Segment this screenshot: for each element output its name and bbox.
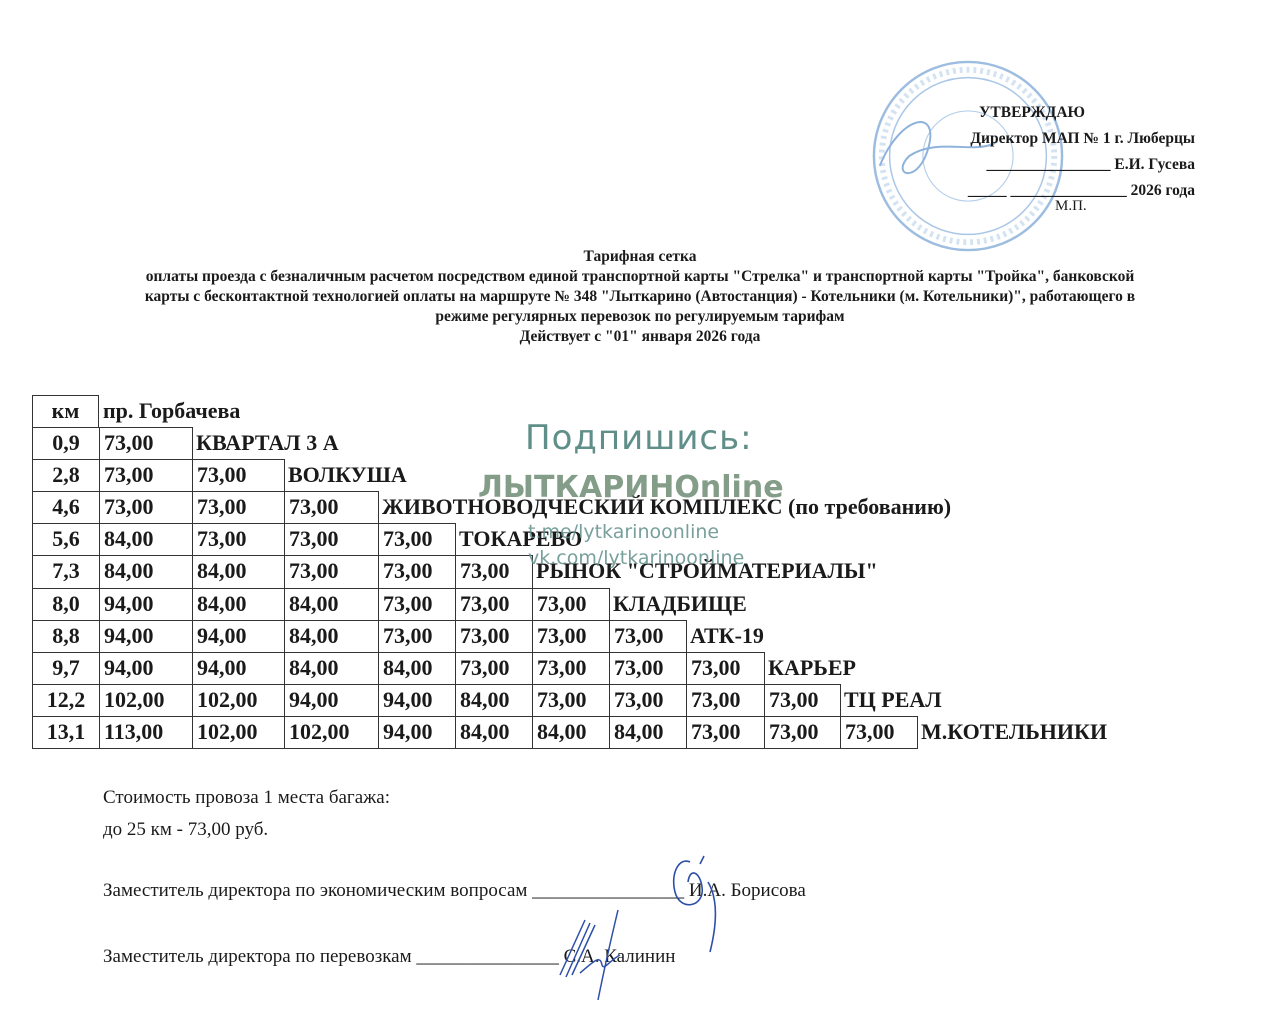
fare-cell: 113,00 xyxy=(99,716,193,749)
signer-1-title: Заместитель директора по экономическим в… xyxy=(103,880,527,901)
watermark-vk-link[interactable]: vk.com/lytkarinoonline xyxy=(528,547,744,569)
fare-cell: 94,00 xyxy=(192,620,285,653)
signer-2-blank: _______________ xyxy=(416,946,559,967)
fare-cell: 73,00 xyxy=(686,716,765,749)
title-line-4: режиме регулярных перевозок по регулируе… xyxy=(0,307,1280,327)
stop-label: АТК-19 xyxy=(686,621,764,651)
title-line-1: Тарифная сетка xyxy=(0,247,1280,267)
stop-label: КЛАДБИЩЕ xyxy=(609,589,747,619)
fare-cell: 73,00 xyxy=(532,652,610,685)
km-cell: 2,8 xyxy=(32,459,100,492)
stop-label: КВАРТАЛ 3 А xyxy=(192,428,339,458)
fare-cell: 73,00 xyxy=(840,716,918,749)
km-header: км xyxy=(32,395,99,428)
fare-cell: 73,00 xyxy=(532,684,610,717)
km-cell: 8,8 xyxy=(32,620,100,653)
km-cell: 4,6 xyxy=(32,491,100,524)
fare-cell: 73,00 xyxy=(192,491,285,524)
fare-cell: 73,00 xyxy=(764,716,841,749)
fare-cell: 73,00 xyxy=(609,652,687,685)
km-cell: 9,7 xyxy=(32,652,100,685)
fare-cell: 84,00 xyxy=(284,652,379,685)
fare-cell: 73,00 xyxy=(99,427,193,460)
fare-cell: 84,00 xyxy=(378,652,456,685)
fare-cell: 73,00 xyxy=(609,684,687,717)
fare-cell: 84,00 xyxy=(284,620,379,653)
fare-cell: 102,00 xyxy=(284,716,379,749)
approval-heading: УТВЕРЖДАЮ xyxy=(968,100,1195,126)
fare-cell: 73,00 xyxy=(378,588,456,621)
title-line-5: Действует с "01" января 2026 года xyxy=(0,327,1280,347)
km-cell: 13,1 xyxy=(32,716,100,749)
baggage-line-2: до 25 км - 73,00 руб. xyxy=(103,819,268,841)
watermark-brand: ЛЫТКАРИНОnline xyxy=(478,470,784,505)
fare-cell: 94,00 xyxy=(378,684,456,717)
fare-cell: 73,00 xyxy=(532,588,610,621)
fare-cell: 73,00 xyxy=(284,555,379,589)
km-cell: 12,2 xyxy=(32,684,100,717)
fare-cell: 84,00 xyxy=(532,716,610,749)
title-line-3: карты с бесконтактной технологией оплаты… xyxy=(0,287,1280,307)
fare-cell: 73,00 xyxy=(532,620,610,653)
km-cell: 5,6 xyxy=(32,523,100,556)
stop-label: КАРЬЕР xyxy=(764,653,856,683)
fare-cell: 84,00 xyxy=(99,555,193,589)
title-line-2: оплаты проезда с безналичным расчетом по… xyxy=(0,267,1280,287)
fare-cell: 84,00 xyxy=(192,555,285,589)
fare-cell: 73,00 xyxy=(686,652,765,685)
km-cell: 7,3 xyxy=(32,555,100,589)
fare-cell: 73,00 xyxy=(99,459,193,492)
fare-cell: 73,00 xyxy=(686,684,765,717)
fare-cell: 84,00 xyxy=(99,523,193,556)
fare-cell: 84,00 xyxy=(609,716,687,749)
fare-cell: 73,00 xyxy=(455,652,533,685)
fare-cell: 84,00 xyxy=(284,588,379,621)
fare-cell: 73,00 xyxy=(99,491,193,524)
approval-block: УТВЕРЖДАЮ Директор МАП № 1 г. Люберцы __… xyxy=(968,100,1195,204)
fare-cell: 73,00 xyxy=(192,523,285,556)
approval-position: Директор МАП № 1 г. Люберцы xyxy=(968,126,1195,152)
signature-kalinin-icon xyxy=(540,905,650,1005)
fare-cell: 73,00 xyxy=(378,620,456,653)
fare-cell: 94,00 xyxy=(192,652,285,685)
fare-cell: 94,00 xyxy=(99,588,193,621)
fare-cell: 73,00 xyxy=(455,588,533,621)
fare-cell: 94,00 xyxy=(284,684,379,717)
fare-cell: 102,00 xyxy=(99,684,193,717)
fare-cell: 73,00 xyxy=(455,620,533,653)
fare-cell: 94,00 xyxy=(99,652,193,685)
watermark-telegram-link[interactable]: t.me/lytkarinoonline xyxy=(528,521,719,543)
fare-cell: 73,00 xyxy=(284,491,379,524)
seal-label: М.П. xyxy=(1055,198,1087,215)
watermark-subscribe: Подпишись: xyxy=(525,418,753,458)
fare-cell: 73,00 xyxy=(192,459,285,492)
fare-cell: 73,00 xyxy=(609,620,687,653)
baggage-line-1: Стоимость провоза 1 места багажа: xyxy=(103,787,390,809)
document-title: Тарифная сетка оплаты проезда с безналич… xyxy=(0,247,1280,347)
signer-2-title: Заместитель директора по перевозкам xyxy=(103,946,412,967)
stop-label: М.КОТЕЛЬНИКИ xyxy=(917,717,1107,747)
first-stop-label: пр. Горбачева xyxy=(99,396,240,426)
approval-name: ________________ Е.И. Гусева xyxy=(968,152,1195,178)
km-cell: 8,0 xyxy=(32,588,100,621)
fare-cell: 84,00 xyxy=(455,716,533,749)
fare-cell: 73,00 xyxy=(764,684,841,717)
fare-cell: 102,00 xyxy=(192,716,285,749)
fare-cell: 94,00 xyxy=(99,620,193,653)
stop-label: ТЦ РЕАЛ xyxy=(840,685,942,715)
fare-cell: 73,00 xyxy=(284,523,379,556)
fare-cell: 102,00 xyxy=(192,684,285,717)
fare-cell: 73,00 xyxy=(378,523,456,556)
stop-label: ВОЛКУША xyxy=(284,460,407,490)
km-cell: 0,9 xyxy=(32,427,100,460)
fare-cell: 84,00 xyxy=(455,684,533,717)
fare-cell: 73,00 xyxy=(378,555,456,589)
fare-cell: 73,00 xyxy=(455,555,533,589)
fare-cell: 94,00 xyxy=(378,716,456,749)
fare-cell: 84,00 xyxy=(192,588,285,621)
